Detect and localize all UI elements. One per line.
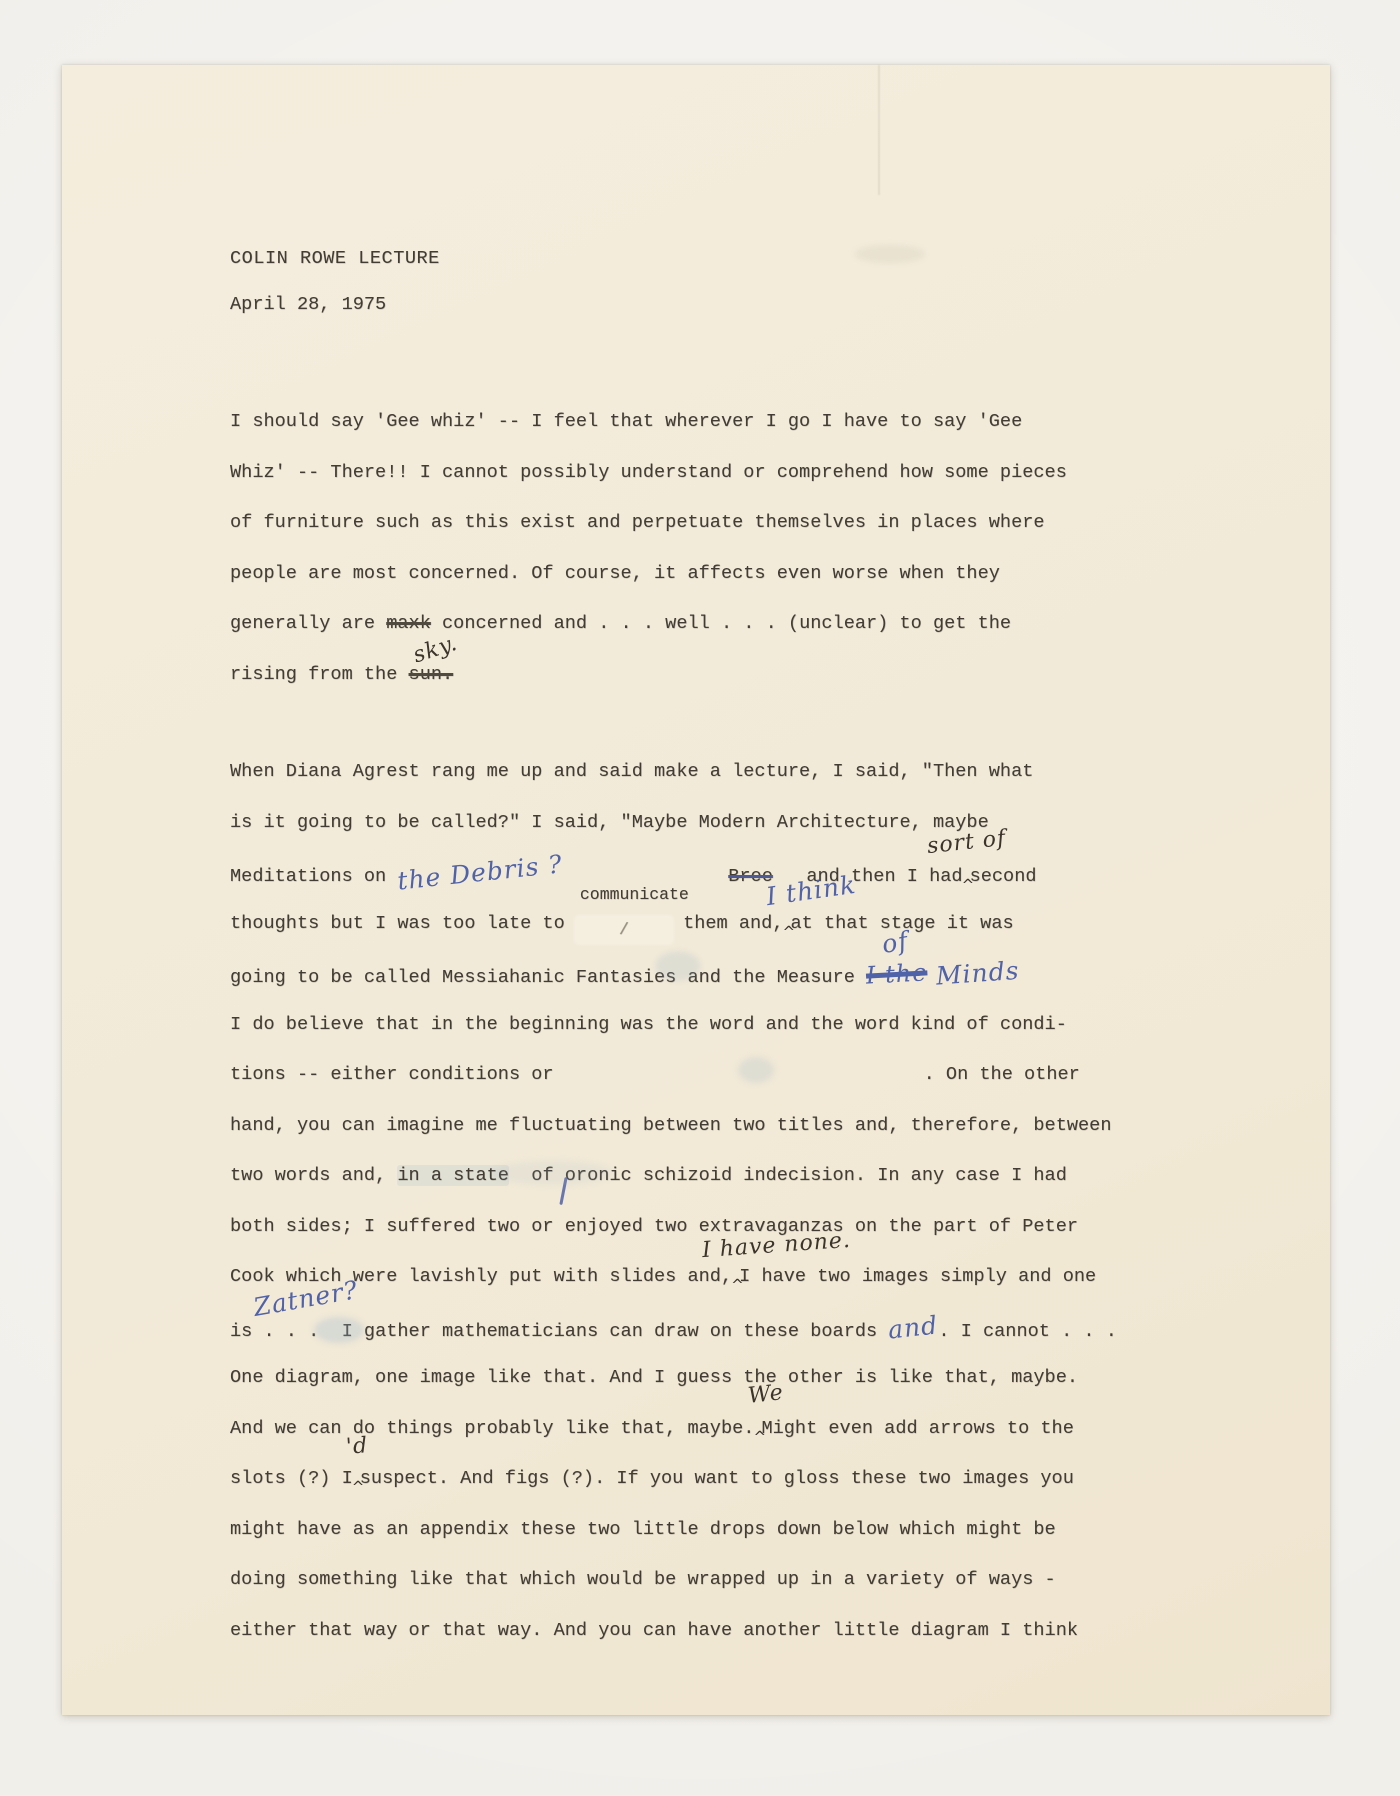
typescript-line: Cook which were lavishly put with slides…: [230, 1263, 1096, 1295]
typescript-line: tions -- either conditions or. On the ot…: [230, 1061, 1080, 1093]
paper-stain: [855, 245, 925, 263]
typed-text: Whiz' -- There!! I cannot possibly under…: [230, 462, 1067, 483]
typed-text: doing something like that which would be…: [230, 1569, 1056, 1590]
typed-text: going to be called Messiahanic Fantasies…: [230, 967, 866, 988]
document-title: COLIN ROWE LECTURE: [230, 245, 440, 277]
typescript-line: people are most concerned. Of course, it…: [230, 560, 1000, 592]
caret-mark: ^: [962, 872, 971, 899]
handwritten-blue-text: Minds: [927, 957, 1021, 990]
typescript-line: hand, you can imagine me fluctuating bet…: [230, 1112, 1112, 1144]
typed-text: second: [970, 866, 1037, 887]
above-line-annotation: 'd: [345, 1435, 369, 1458]
typed-text: I should say 'Gee whiz' -- I feel that w…: [230, 411, 1022, 432]
above-line-annotation: We: [747, 1382, 785, 1408]
typescript-line: two words and, in a state of oronic schi…: [230, 1162, 1067, 1194]
typed-text: thoughts but I was too late to: [230, 913, 576, 934]
typed-text: of furniture such as this exist and perp…: [230, 512, 1045, 533]
typed-text: And we can do things probably like that,…: [230, 1418, 754, 1439]
typed-text: Meditations on: [230, 866, 397, 887]
typed-text: concerned and . . . well . . . (unclear)…: [431, 613, 1011, 634]
whiteout-patch: /: [576, 917, 672, 943]
typescript-line: going to be called Messiahanic Fantasies…: [230, 960, 1020, 992]
scan-background: { "page": { "caret_glyph": "^", "colors"…: [0, 0, 1400, 1796]
caret-mark: ^: [783, 919, 792, 946]
typescript-line: generally are maxk concerned and . . . w…: [230, 610, 1011, 642]
typed-text: either that way or that way. And you can…: [230, 1620, 1078, 1641]
typed-text: ronic schizoid indecision. In any case I…: [576, 1165, 1067, 1186]
paper-crease: [878, 65, 880, 195]
typescript-line: slots (?) I'd^suspect. And figs (?). If …: [230, 1465, 1074, 1497]
typed-text: . On the other: [924, 1064, 1080, 1085]
handwritten-blue-text: and: [887, 1311, 940, 1343]
typed-text: I do believe that in the beginning was t…: [230, 1014, 1067, 1035]
typescript-line: might have as an appendix these two litt…: [230, 1516, 1056, 1548]
typescript-line: doing something like that which would be…: [230, 1566, 1056, 1598]
paper-stain: [314, 1317, 364, 1343]
typescript-line: rising from the sky.sun.: [230, 661, 453, 693]
typed-text: might have as an appendix these two litt…: [230, 1519, 1056, 1540]
caret-mark: ^: [731, 1272, 740, 1299]
document-date: April 28, 1975: [230, 291, 386, 323]
scribbled-out-text: I the: [865, 959, 928, 989]
above-line-annotation: sort of: [926, 828, 1007, 858]
caret-mark: ^: [753, 1424, 762, 1451]
above-line-annotation: communicate: [580, 885, 689, 904]
typed-text: rising from the: [230, 664, 409, 685]
typescript-line: is it going to be called?" I said, "Mayb…: [230, 809, 989, 841]
typescript-line: I should say 'Gee whiz' -- I feel that w…: [230, 408, 1022, 440]
typed-text: Might even add arrows to the: [761, 1418, 1073, 1439]
typescript-line: Whiz' -- There!! I cannot possibly under…: [230, 459, 1067, 491]
smudged-typed-text: in a state: [397, 1165, 509, 1186]
paper-stain: [738, 1057, 774, 1083]
typescript-line: One diagram, one image like that. And I …: [230, 1364, 1078, 1396]
typed-text: slots (?) I: [230, 1468, 353, 1489]
typescript-line: I do believe that in the beginning was t…: [230, 1011, 1067, 1043]
caret-mark: ^: [352, 1474, 361, 1501]
paper-stain: [492, 1161, 612, 1185]
typescript-line: When Diana Agrest rang me up and said ma…: [230, 758, 1033, 790]
typed-text: is: [230, 1321, 263, 1342]
above-line-annotation: of: [880, 928, 910, 957]
typed-text: generally are: [230, 613, 386, 634]
typed-text: two words and,: [230, 1165, 397, 1186]
typed-text: I have two images simply and one: [739, 1266, 1096, 1287]
typescript-line: both sides; I suffered two or enjoyed tw…: [230, 1213, 1078, 1245]
typed-text: people are most concerned. Of course, it…: [230, 563, 1000, 584]
typed-text: . I cannot . . .: [938, 1321, 1117, 1342]
typed-text: When Diana Agrest rang me up and said ma…: [230, 761, 1033, 782]
typescript-line: either that way or that way. And you can…: [230, 1617, 1078, 1649]
struck-typed-text: sun.: [409, 664, 454, 685]
handwritten-blue-text: the Debris ?: [396, 850, 564, 894]
typed-text: suspect. And figs (?). If you want to gl…: [360, 1468, 1074, 1489]
struck-typed-text: maxk: [386, 613, 431, 634]
typed-text: both sides; I suffered two or enjoyed tw…: [230, 1216, 1078, 1237]
typed-text: them and,: [672, 913, 784, 934]
typed-text: tions -- either conditions or: [230, 1064, 554, 1085]
paper-stain: [655, 951, 701, 981]
typed-text: One diagram, one image like that. And I …: [230, 1367, 1078, 1388]
document-page: COLIN ROWE LECTURE April 28, 1975 I shou…: [62, 65, 1330, 1715]
typed-text: hand, you can imagine me fluctuating bet…: [230, 1115, 1112, 1136]
typescript-line: of furniture such as this exist and perp…: [230, 509, 1045, 541]
typed-text: is it going to be called?" I said, "Mayb…: [230, 812, 989, 833]
